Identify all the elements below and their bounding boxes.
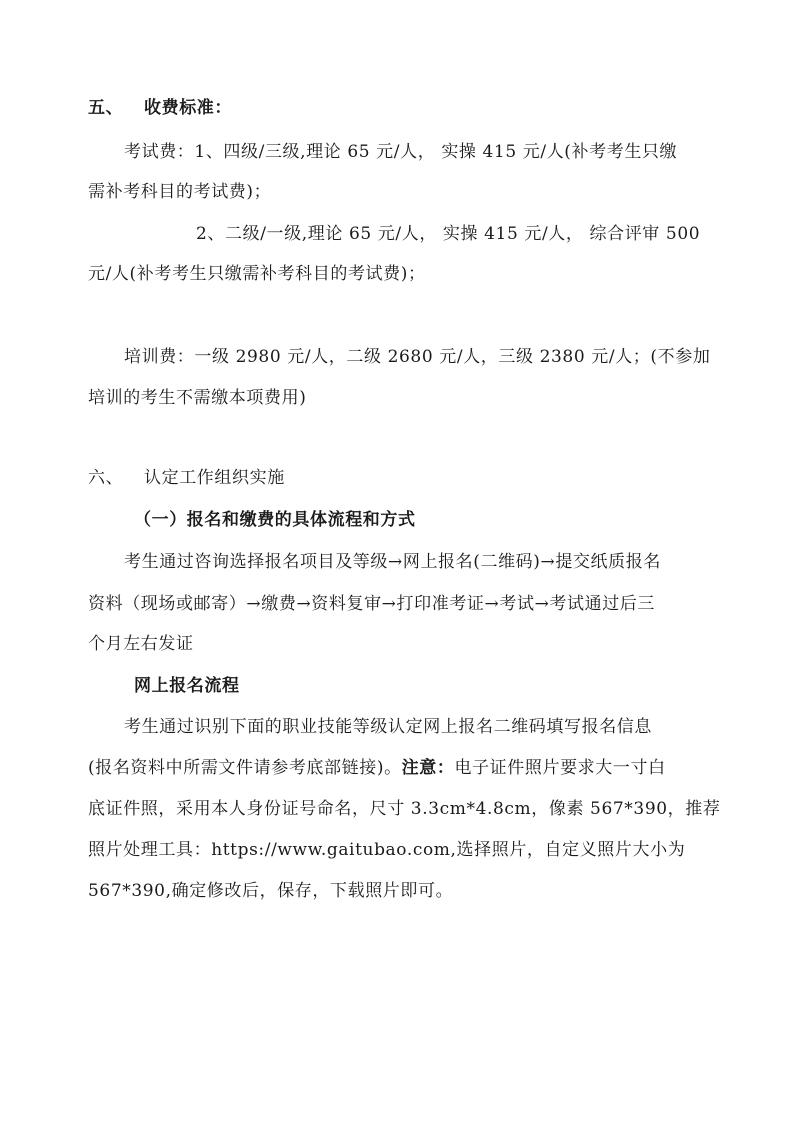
training-fee-line-1: 培训费：一级 2980 元/人，二级 2680 元/人，三级 2380 元/人；… <box>124 345 710 369</box>
online-line-3: 底证件照，采用本人身份证号命名，尺寸 3.3cm*4.8cm，像素 567*39… <box>88 797 720 821</box>
exam-fee-2-line-2: 元/人(补考考生只缴需补考科目的考试费)； <box>88 262 426 286</box>
process-line-2: 资料（现场或邮寄）→缴费→资料复审→打印准考证→考试→考试通过后三 <box>88 592 655 616</box>
section-6-heading: 六、认定工作组织实施 <box>88 466 285 490</box>
exam-fee-line-1: 考试费：1、四级/三级,理论 65 元/人， 实操 415 元/人(补考考生只缴 <box>124 140 677 164</box>
process-line-1: 考生通过咨询选择报名项目及等级→网上报名(二维码)→提交纸质报名 <box>124 550 661 574</box>
subsection-1-title: （一）报名和缴费的具体流程和方式 <box>134 508 416 532</box>
online-registration-title: 网上报名流程 <box>134 674 240 698</box>
online-line-5: 567*390,确定修改后，保存，下载照片即可。 <box>88 879 453 903</box>
section-5-heading: 五、收费标准： <box>88 96 232 120</box>
online-line-2-text: (报名资料中所需文件请参考底部链接)。 <box>88 758 402 778</box>
section-5-title: 收费标准： <box>144 98 232 118</box>
note-label: 注意： <box>402 758 455 778</box>
exam-fee-line-2: 需补考科目的考试费)； <box>88 180 271 204</box>
exam-fee-2-line-1: 2、二级/一级,理论 65 元/人， 实操 415 元/人， 综合评审 500 <box>196 222 700 246</box>
online-line-4: 照片处理工具：https://www.gaitubao.com,选择照片，自定义… <box>88 838 685 862</box>
section-5-number: 五、 <box>88 96 144 120</box>
online-line-2: (报名资料中所需文件请参考底部链接)。注意：电子证件照片要求大一寸白 <box>88 756 666 780</box>
process-line-3: 个月左右发证 <box>88 632 194 656</box>
section-6-title: 认定工作组织实施 <box>144 468 285 488</box>
online-line-1: 考生通过识别下面的职业技能等级认定网上报名二维码填写报名信息 <box>124 715 652 739</box>
online-line-2-text-b: 电子证件照片要求大一寸白 <box>454 758 665 778</box>
section-6-number: 六、 <box>88 466 144 490</box>
training-fee-line-2: 培训的考生不需缴本项费用) <box>88 386 306 410</box>
